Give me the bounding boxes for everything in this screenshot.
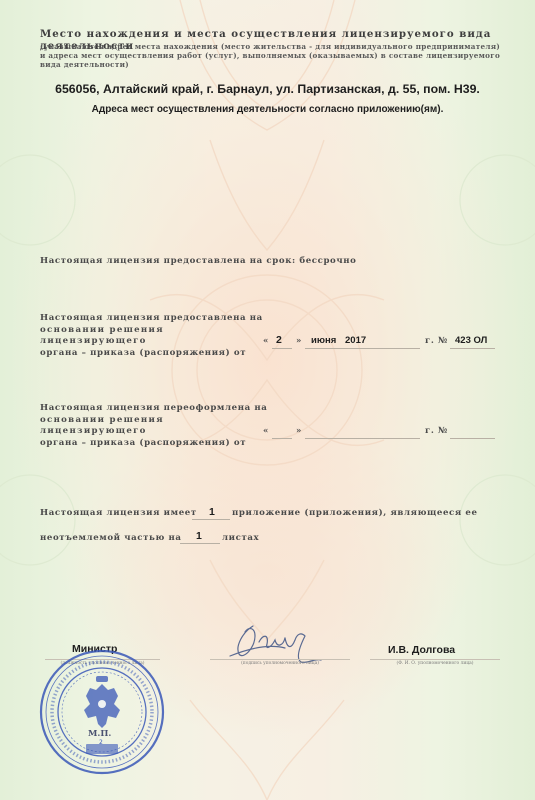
activity-address-note: Адреса мест осуществления деятельности с… (0, 104, 535, 115)
granted-day: 2 (276, 334, 282, 346)
license-term: Настоящая лицензия предоставлена на срок… (40, 256, 357, 268)
signatory-name: И.В. Долгова (388, 644, 455, 656)
licensee-address: 656056, Алтайский край, г. Барнаул, ул. … (0, 82, 535, 96)
granted-month-underline (305, 348, 420, 349)
granted-basis: Настоящая лицензия предоставлена на осно… (40, 313, 270, 359)
appendix-sheets-underline (180, 543, 220, 544)
reissued-line-2: основании решения лицензирующего (40, 415, 270, 438)
granted-close-quote: » (296, 336, 302, 348)
granted-number-label: г. № (425, 336, 448, 348)
granted-number-underline (450, 348, 495, 349)
granted-open-quote: « (263, 336, 269, 348)
license-term-value: бессрочно (299, 256, 356, 266)
reissued-number-underline (450, 438, 495, 439)
granted-year: 2017 (345, 335, 366, 346)
name-underline (370, 659, 500, 660)
reissued-line-3: органа – приказа (распоряжения) от (40, 438, 270, 450)
official-stamp: М.П. 2 (38, 648, 166, 776)
appendix-line2-suffix: листах (222, 533, 259, 545)
signature-underline (210, 659, 350, 660)
granted-number: 423 ОЛ (455, 335, 487, 346)
reissued-close-quote: » (296, 426, 302, 438)
reissued-number-label: г. № (425, 426, 448, 438)
appendix-prefix: Настоящая лицензия имеет (40, 508, 197, 520)
license-term-label: Настоящая лицензия предоставлена на срок… (40, 256, 296, 266)
section-subtitle-line-1: (указываются адрес места нахождения (мес… (40, 42, 510, 51)
stamp-label: М.П. (88, 729, 111, 739)
signature-caption: (подпись уполномоченного лица) (210, 661, 350, 666)
name-caption: (Ф. И. О. уполномоченного лица) (370, 661, 500, 666)
granted-line-2: основании решения лицензирующего (40, 325, 270, 348)
reissued-line-1: Настоящая лицензия переоформлена на (40, 403, 270, 415)
reissued-basis: Настоящая лицензия переоформлена на осно… (40, 403, 270, 449)
stamp-emblem-icon (38, 648, 166, 776)
appendix-line2-prefix: неотъемлемой частью на (40, 533, 182, 545)
appendix-suffix: приложение (приложения), являющееся ее (232, 508, 478, 520)
reissued-month-underline (305, 438, 420, 439)
granted-day-underline (272, 348, 292, 349)
appendix-count: 1 (209, 506, 215, 518)
section-subtitle-line-2: и адреса мест осуществления работ (услуг… (40, 51, 510, 60)
granted-line-3: органа – приказа (распоряжения) от (40, 348, 270, 360)
granted-line-1: Настоящая лицензия предоставлена на (40, 313, 270, 325)
granted-month: июня (311, 335, 336, 346)
appendix-count-underline (192, 519, 230, 520)
appendix-sheets: 1 (196, 530, 202, 542)
section-subtitle-line-3: вида деятельности) (40, 60, 510, 69)
stamp-number: 2 (99, 739, 103, 746)
reissued-open-quote: « (263, 426, 269, 438)
reissued-day-underline (272, 438, 292, 439)
